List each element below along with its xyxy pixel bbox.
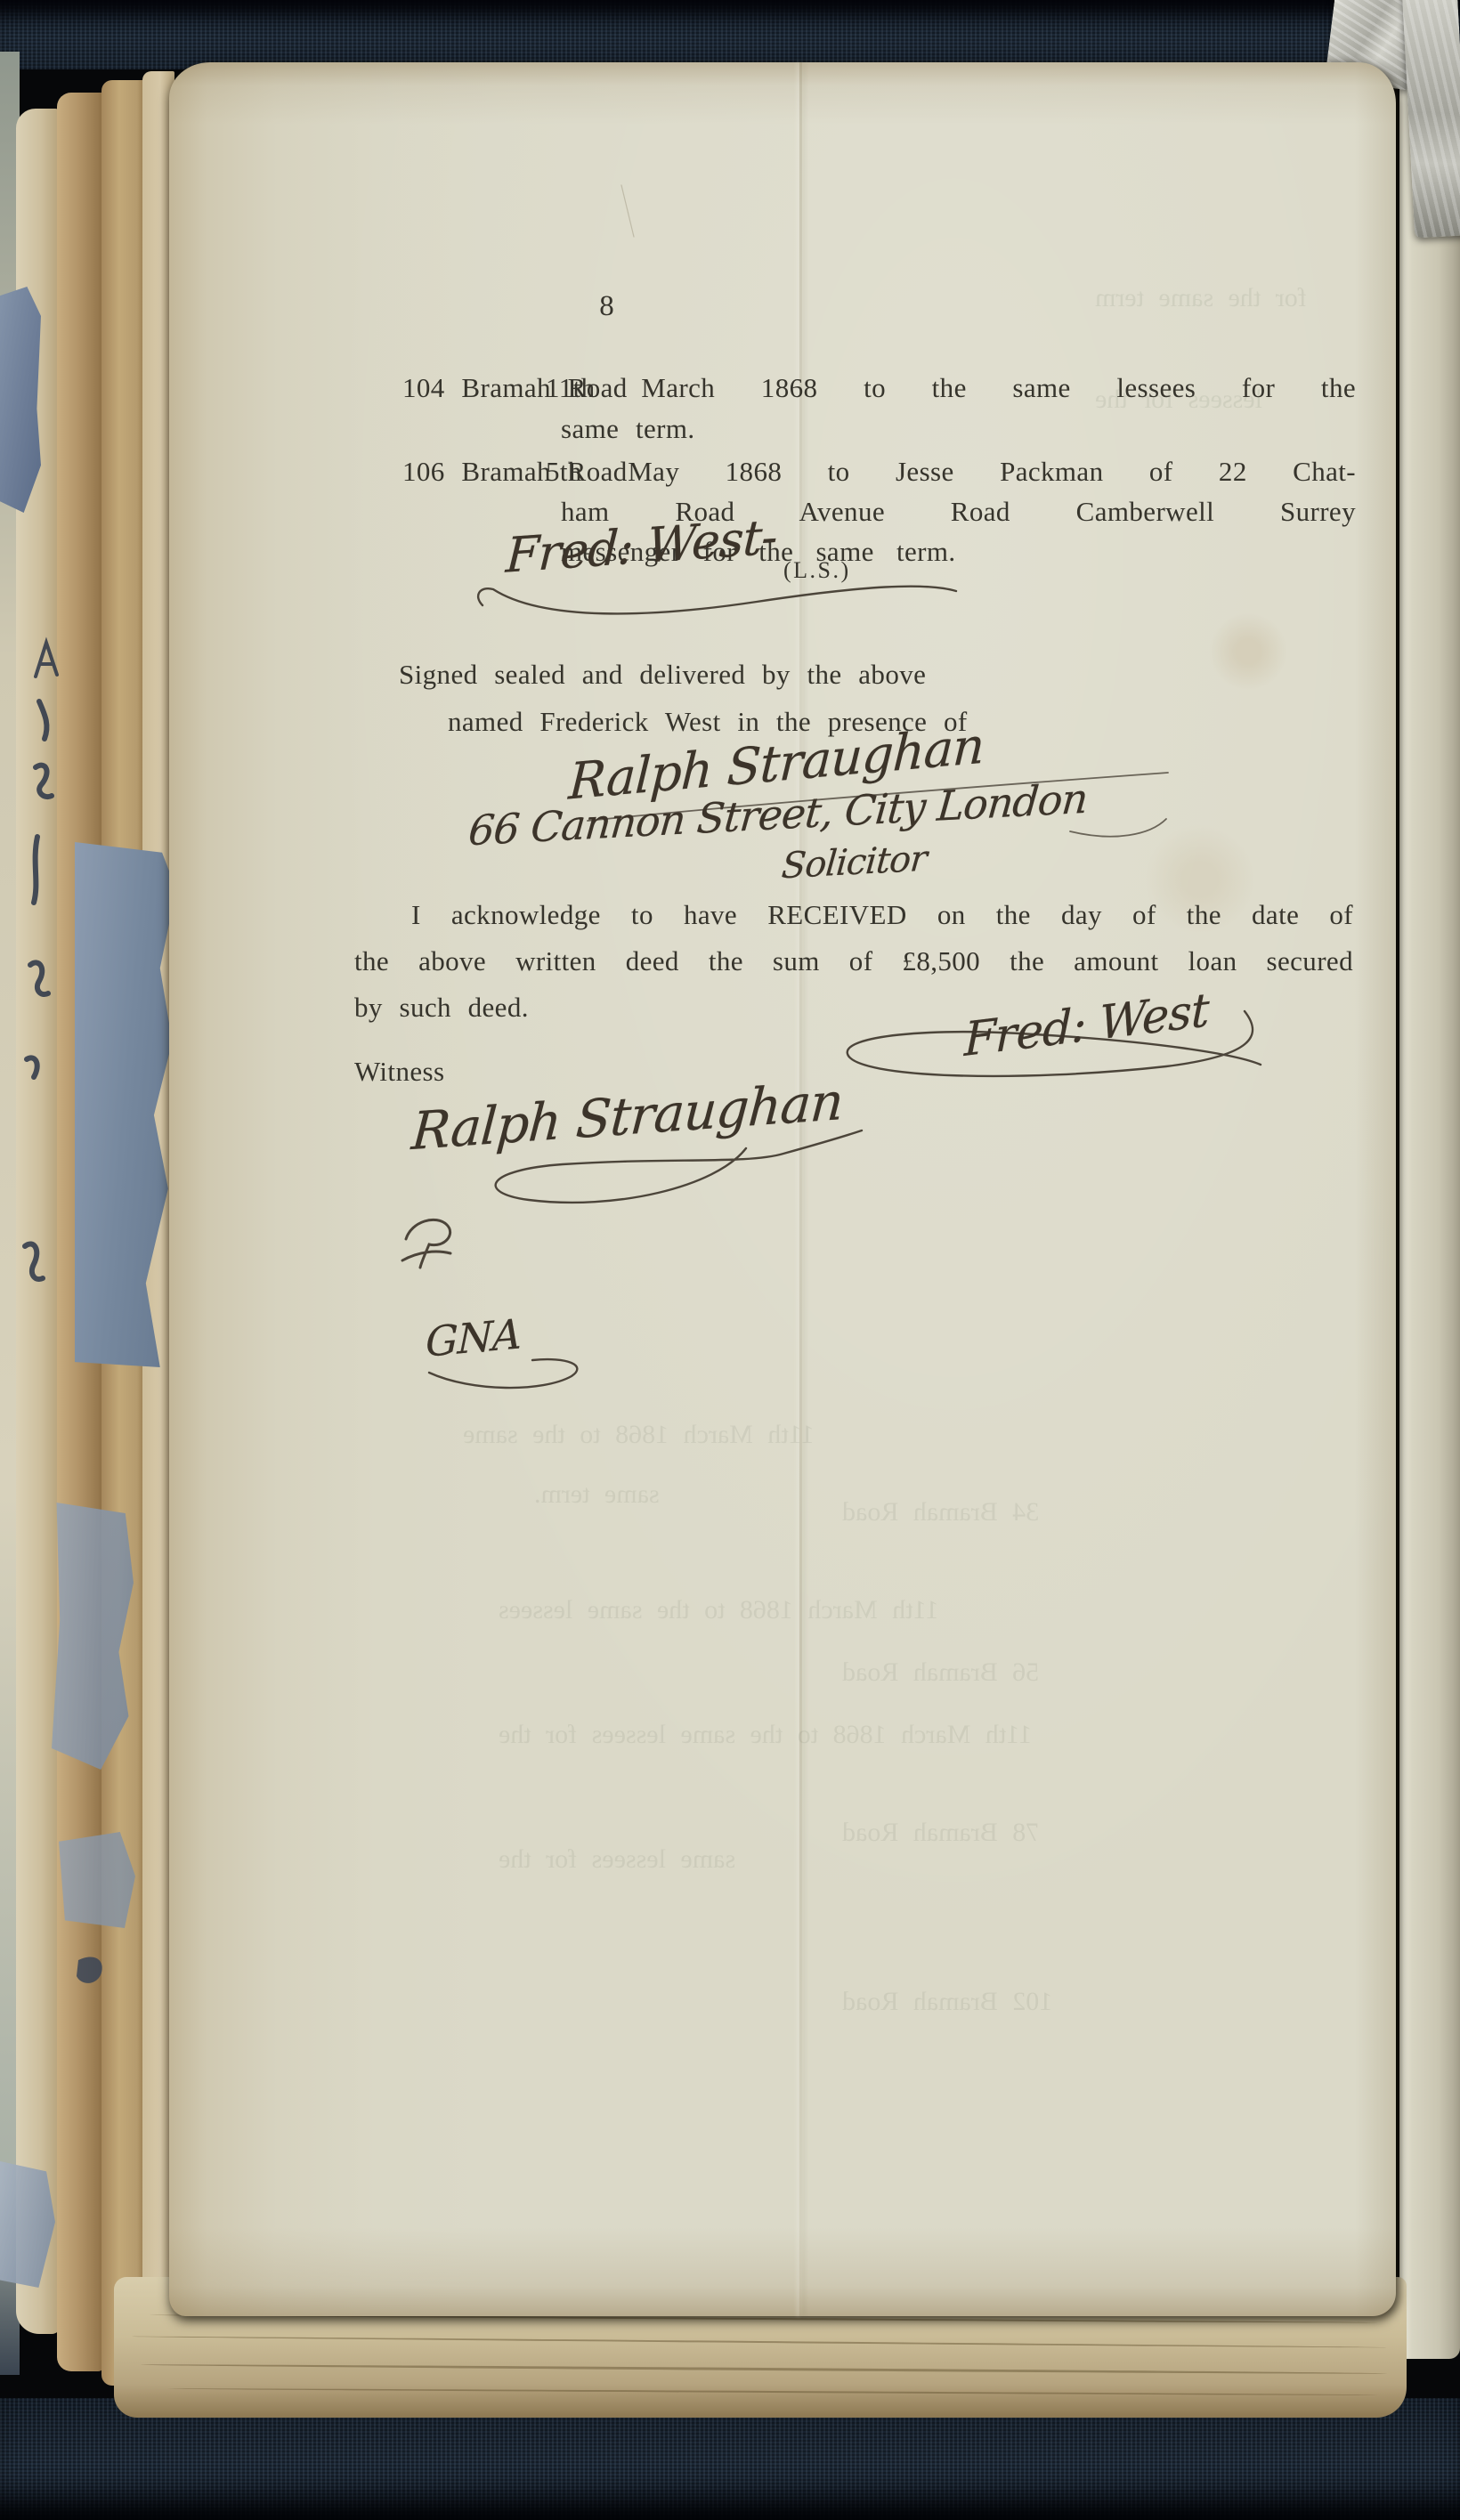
deed-signature: Fred: West- (505, 508, 778, 584)
bleedthrough-text: 11th March 1868 to the same lessees (499, 1595, 938, 1625)
bleedthrough-text: 11th March 1868 to the same lessees for … (499, 1720, 1032, 1750)
underlying-page-right (1399, 69, 1460, 2359)
deed-page: for the same term lessees for the 11th M… (169, 62, 1396, 2316)
sheet-edge-line (132, 2336, 1387, 2348)
receipt-signature: Fred: West (964, 984, 1210, 1067)
blue-tape-fragment (52, 1503, 134, 1770)
bleedthrough-text: same lessees for the (499, 1844, 735, 1875)
seal-label: (L.S.) (783, 557, 851, 584)
witness-signature: Ralph Straughan (410, 1071, 845, 1162)
attesting-witness-occupation: Solicitor (780, 839, 928, 887)
book-photograph: for the same term lessees for the 11th M… (0, 0, 1460, 2520)
bleedthrough-text: 102 Bramah Road (842, 1987, 1052, 2017)
margin-initials: GNA (426, 1309, 522, 1366)
receipt-line: I acknowledge to have RECEIVED on the da… (411, 899, 1353, 931)
blue-tape-fragment (0, 287, 41, 513)
bleedthrough-text: 78 Bramah Road (842, 1818, 1039, 1848)
entry-text-line: 11th March 1868 to the same lessees for … (546, 372, 1356, 404)
scratch-mark (621, 185, 634, 237)
sheet-edge-line (167, 2387, 1378, 2395)
receipt-line: by such deed. (354, 992, 529, 1024)
bleedthrough-text: for the same term (1095, 283, 1307, 313)
paraph-mark (402, 1219, 450, 1268)
bleedthrough-text: 56 Bramah Road (842, 1657, 1039, 1688)
bleedthrough-text: 11th March 1868 to the same (463, 1420, 815, 1450)
entry-text-line: same term. (561, 413, 695, 445)
bleedthrough-text: 34 Bramah Road (842, 1497, 1039, 1527)
bleedthrough-text: same term. (534, 1479, 660, 1510)
witness-label: Witness (354, 1056, 444, 1088)
entry-text-line: 5th May 1868 to Jesse Packman of 22 Chat… (546, 456, 1356, 488)
attestation-line: Signed sealed and delivered by the above (399, 659, 926, 691)
book-cover-cloth-top (0, 0, 1460, 69)
receipt-line: the above written deed the sum of £8,500… (354, 945, 1353, 977)
deed-signature-flourish (478, 587, 956, 614)
sheet-edge-line (141, 2363, 1387, 2375)
page-number: 8 (580, 290, 634, 323)
blue-tape-fragment (59, 1832, 135, 1928)
